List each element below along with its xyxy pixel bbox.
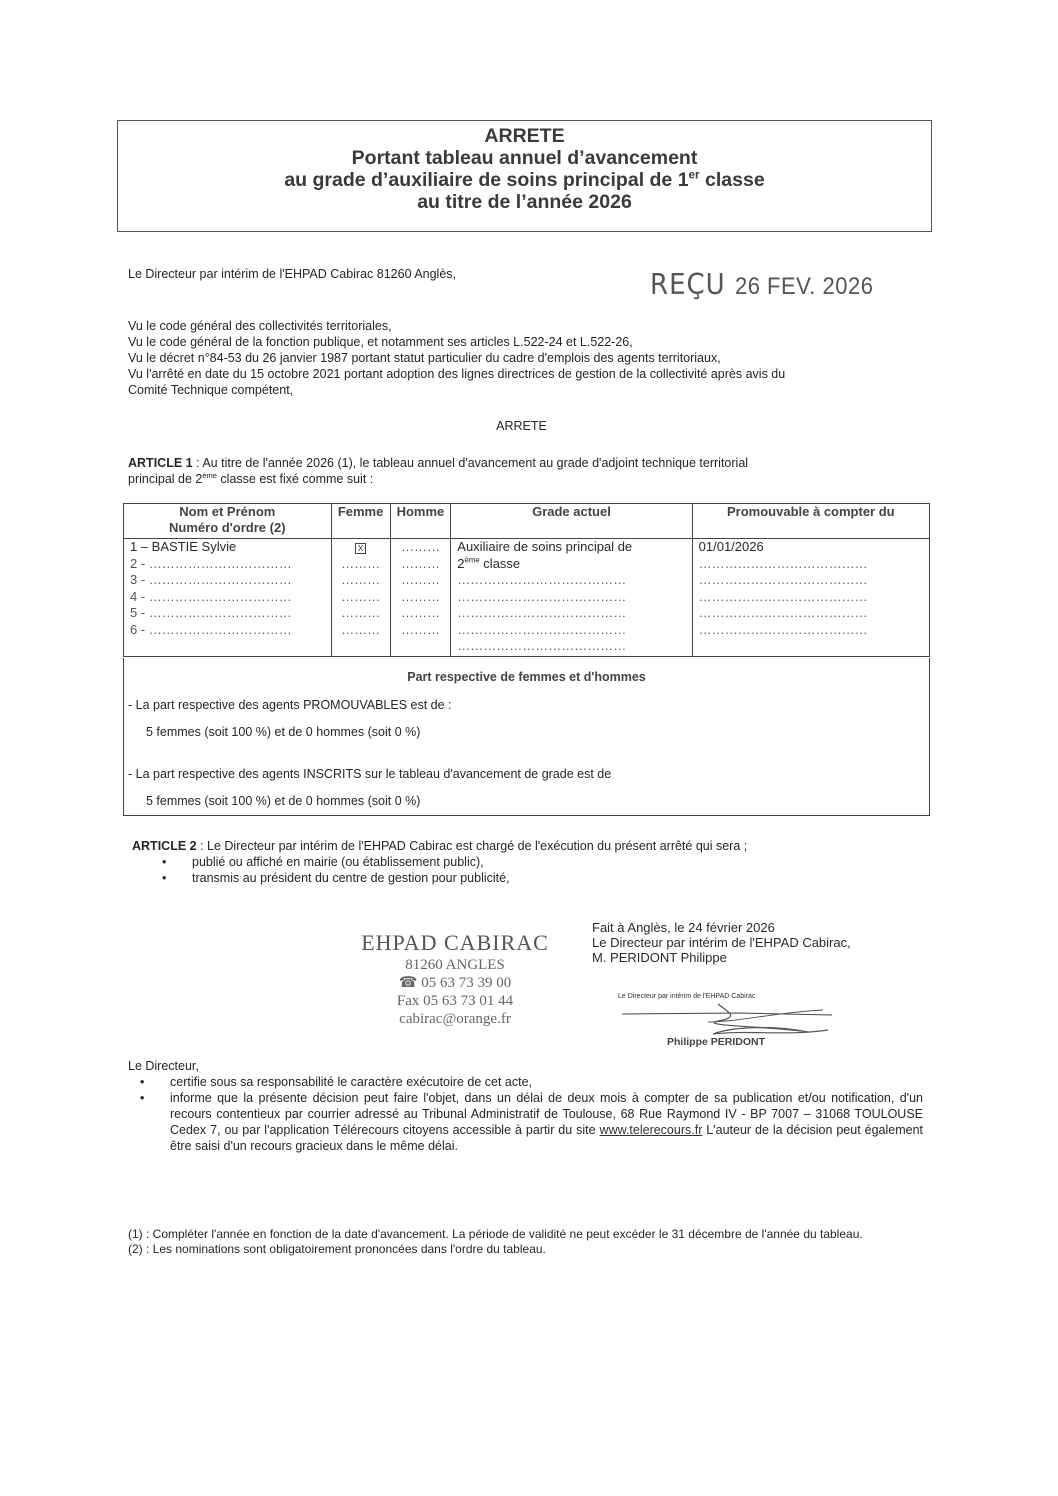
- header-promouvable: Promouvable à compter du: [692, 504, 929, 539]
- visa-line: Vu l'arrêté en date du 15 octobre 2021 p…: [128, 366, 928, 382]
- signature-block: Fait à Anglès, le 24 février 2026 Le Dir…: [592, 920, 851, 965]
- promouvables-value: 5 femmes (soit 100 %) et de 0 hommes (so…: [146, 724, 420, 740]
- visa-line: Vu le code général des collectivités ter…: [128, 318, 928, 334]
- closing-bullet: certifie sous sa responsabilité le carac…: [128, 1074, 923, 1090]
- column-femme: X ……… ……… ……… ……… ………: [331, 539, 390, 657]
- table-row-name: 1 – BASTIE Sylvie: [130, 539, 325, 556]
- footnote-1: (1) : Compléter l'année en fonction de l…: [128, 1227, 923, 1242]
- gender-share-heading: Part respective de femmes et d'hommes: [124, 669, 929, 685]
- table-row-name: 2 - ……………………………: [130, 556, 325, 573]
- ehpad-phone: ☎ 05 63 73 39 00: [340, 974, 570, 992]
- visa-line: Comité Technique compétent,: [128, 382, 928, 398]
- header-grade: Grade actuel: [451, 504, 692, 539]
- title-arrete: ARRETE: [118, 125, 931, 147]
- intro-director: Le Directeur par intérim de l'EHPAD Cabi…: [128, 266, 456, 282]
- table-row-name: 5 - ……………………………: [130, 605, 325, 622]
- header-homme: Homme: [390, 504, 451, 539]
- column-grade: Auxiliaire de soins principal de 2ème cl…: [451, 539, 692, 657]
- article-2-label: ARTICLE 2: [132, 839, 197, 853]
- grade-value: Auxiliaire de soins principal de: [457, 539, 685, 556]
- ehpad-city: 81260 ANGLES: [340, 956, 570, 974]
- signature-stamp-name: Philippe PERIDONT: [667, 1036, 765, 1048]
- signature-stamp-role: Le Directeur par intérim de l'EHPAD Cabi…: [618, 993, 755, 1000]
- signature-place-date: Fait à Anglès, le 24 février 2026: [592, 920, 851, 935]
- received-label: REÇU: [650, 269, 726, 302]
- promouvables-label: - La part respective des agents PROMOUVA…: [128, 697, 452, 713]
- visas: Vu le code général des collectivités ter…: [128, 318, 928, 398]
- article-1-label: ARTICLE 1: [128, 456, 193, 470]
- arrete-heading: ARRETE: [0, 418, 1043, 434]
- column-homme: ……… ……… ……… ……… ……… ………: [390, 539, 451, 657]
- promouvable-date: 01/01/2026: [699, 539, 923, 556]
- column-promouvable: 01/01/2026 ………………………………… ………………………………… ……: [692, 539, 929, 657]
- gender-share-box: Part respective de femmes et d'hommes - …: [123, 658, 930, 816]
- signature-name: M. PERIDONT Philippe: [592, 950, 851, 965]
- received-stamp: REÇU 26 FEV. 2026: [650, 269, 873, 302]
- ehpad-fax: Fax 05 63 73 01 44: [340, 992, 570, 1010]
- promotion-table: Nom et PrénomNuméro d'ordre (2) Femme Ho…: [123, 503, 930, 657]
- closing-section: Le Directeur, certifie sous sa responsab…: [128, 1058, 923, 1154]
- article-2-bullet: transmis au président du centre de gesti…: [150, 870, 932, 886]
- inscrits-label: - La part respective des agents INSCRITS…: [128, 766, 611, 782]
- visa-line: Vu le code général de la fonction publiq…: [128, 334, 928, 350]
- footnote-2: (2) : Les nominations sont obligatoireme…: [128, 1242, 923, 1257]
- femme-checkbox-checked: X: [355, 543, 366, 554]
- received-date: 26 FEV. 2026: [735, 272, 874, 300]
- inscrits-value: 5 femmes (soit 100 %) et de 0 hommes (so…: [146, 793, 420, 809]
- table-row-name: 4 - ……………………………: [130, 589, 325, 606]
- telerecours-link[interactable]: www.telerecours.fr: [600, 1123, 703, 1137]
- table-row-name: 6 - ……………………………: [130, 622, 325, 639]
- ehpad-stamp: EHPAD CABIRAC 81260 ANGLES ☎ 05 63 73 39…: [340, 930, 570, 1028]
- signature-role: Le Directeur par intérim de l'EHPAD Cabi…: [592, 935, 851, 950]
- ehpad-name: EHPAD CABIRAC: [340, 930, 570, 956]
- footnotes: (1) : Compléter l'année en fonction de l…: [128, 1227, 923, 1257]
- title-subject: Portant tableau annuel d’avancement: [118, 147, 931, 169]
- column-names: 1 – BASTIE Sylvie 2 - …………………………… 3 - ………: [124, 539, 332, 657]
- grade-value-cont: 2ème classe: [457, 556, 685, 573]
- closing-heading: Le Directeur,: [128, 1058, 923, 1074]
- title-year: au titre de l’année 2026: [118, 191, 931, 213]
- ehpad-email: cabirac@orange.fr: [340, 1010, 570, 1028]
- header-femme: Femme: [331, 504, 390, 539]
- table-row-name: 3 - ……………………………: [130, 572, 325, 589]
- title-grade: au grade d’auxiliaire de soins principal…: [118, 169, 931, 191]
- title-box: ARRETE Portant tableau annuel d’avanceme…: [117, 120, 932, 232]
- article-2: ARTICLE 2 : Le Directeur par intérim de …: [132, 838, 932, 886]
- article-2-bullet: publié ou affiché en mairie (ou établiss…: [150, 854, 932, 870]
- visa-line: Vu le décret n°84-53 du 26 janvier 1987 …: [128, 350, 928, 366]
- header-name: Nom et PrénomNuméro d'ordre (2): [124, 504, 332, 539]
- article-1: ARTICLE 1 : Au titre de l'année 2026 (1)…: [128, 455, 928, 487]
- closing-bullet: informe que la présente décision peut fa…: [128, 1090, 923, 1154]
